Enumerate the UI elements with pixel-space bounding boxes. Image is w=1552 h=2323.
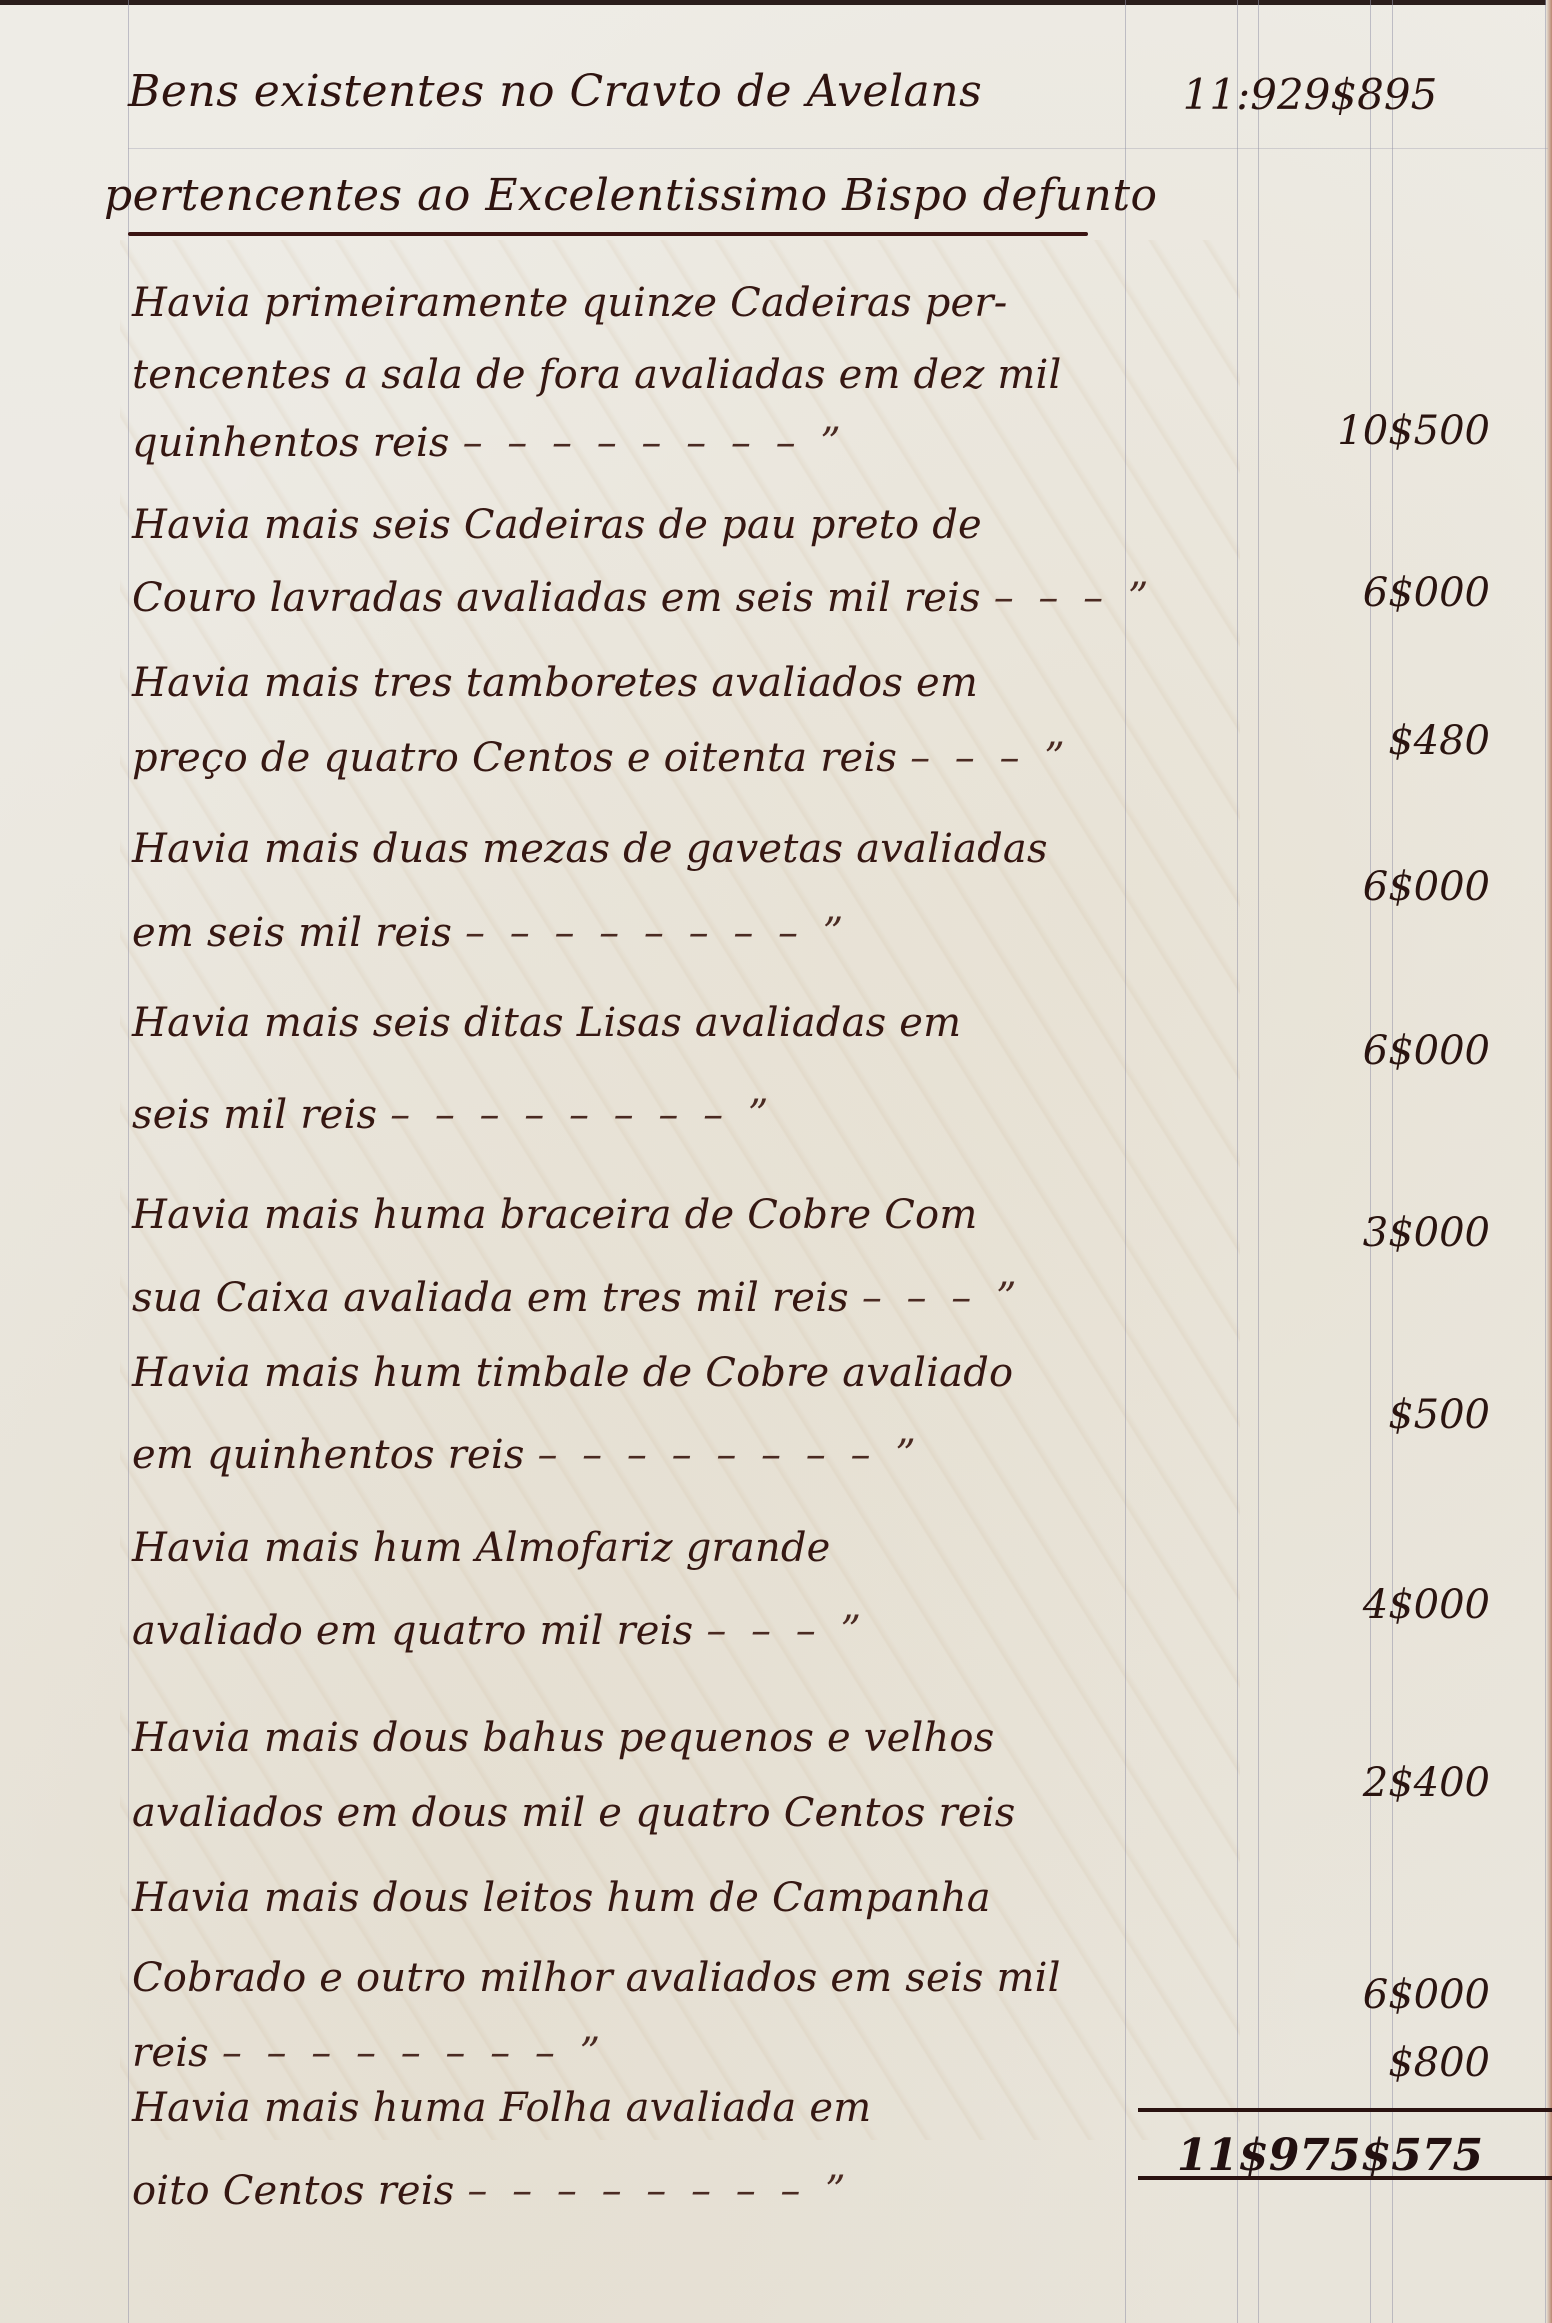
entry-5-line-2: seis mil reis – – – – – – – – ” (132, 1092, 774, 1138)
filler-dashes: – – – – – – – – ” (537, 1432, 921, 1478)
entry-8-line-2-text: avaliado em quatro mil reis (132, 1608, 693, 1654)
entry-5-amount: 6$000 (1230, 1028, 1490, 1074)
entry-8-line-1: Havia mais hum Almofariz grande (132, 1525, 831, 1571)
entry-4-line-1: Havia mais duas mezas de gavetas avaliad… (132, 826, 1048, 872)
entry-6-line-2-text: sua Caixa avaliada em tres mil reis (132, 1275, 849, 1321)
page-top-edge (0, 0, 1552, 5)
entry-2-line-2: Couro lavradas avaliadas em seis mil rei… (132, 575, 1154, 621)
filler-dashes: – – – – – – – – ” (465, 910, 849, 956)
entry-7-line-1: Havia mais hum timbale de Cobre avaliado (132, 1350, 1013, 1396)
entry-7-line-2: em quinhentos reis – – – – – – – – ” (132, 1432, 922, 1478)
entry-4-line-2-text: em seis mil reis (132, 910, 452, 956)
entry-3-line-2-text: preço de quatro Centos e oitenta reis (132, 735, 897, 781)
entry-2-amount: 6$000 (1230, 570, 1490, 616)
entry-1-line-1: Havia primeiramente quinze Cadeiras per- (132, 280, 1007, 326)
entry-9-amount: 2$400 (1230, 1760, 1490, 1806)
entry-6-line-1: Havia mais huma braceira de Cobre Com (132, 1192, 977, 1238)
entry-11-line-2-text: oito Centos reis (132, 2168, 455, 2214)
page-right-edge (1546, 0, 1552, 2323)
entry-11-line-2: oito Centos reis – – – – – – – – ” (132, 2168, 852, 2214)
entry-10-line-3: reis – – – – – – – – ” (132, 2030, 606, 2076)
heading-line-1: Bens existentes no Cravto de Avelans (128, 66, 982, 117)
entry-11-amount: $800 (1230, 2040, 1490, 2086)
entry-3-amount: $480 (1230, 718, 1490, 764)
filler-dashes: – – – – – – – – ” (467, 2168, 851, 2214)
column-rule (1125, 0, 1126, 2323)
carried-forward-amount: 11:929$895 (1140, 70, 1480, 119)
entry-2-line-1: Havia mais seis Cadeiras de pau preto de (132, 502, 982, 548)
filler-dashes: – – – – – – – – ” (390, 1092, 774, 1138)
entry-10-line-3-text: reis (132, 2030, 209, 2076)
entry-10-line-1: Havia mais dous leitos hum de Campanha (132, 1875, 991, 1921)
entry-8-line-2: avaliado em quatro mil reis – – – ” (132, 1608, 867, 1654)
total-rule-top (1138, 2108, 1552, 2112)
ruled-line (128, 148, 1548, 149)
entry-4-amount: 6$000 (1230, 864, 1490, 910)
entry-1-line-3-text: quinhentos reis (132, 420, 450, 466)
entry-10-amount: 6$000 (1230, 1972, 1490, 2018)
entry-7-amount: $500 (1230, 1392, 1490, 1438)
entry-11-line-1: Havia mais huma Folha avaliada em (132, 2085, 871, 2131)
entry-9-line-1: Havia mais dous bahus pequenos e velhos (132, 1715, 994, 1761)
filler-dashes: – – – ” (862, 1275, 1023, 1321)
filler-dashes: – – – ” (994, 575, 1155, 621)
entry-1-line-3: quinhentos reis – – – – – – – – ” (132, 420, 847, 466)
entry-4-line-2: em seis mil reis – – – – – – – – ” (132, 910, 849, 956)
entry-6-amount: 3$000 (1230, 1210, 1490, 1256)
entry-6-line-2: sua Caixa avaliada em tres mil reis – – … (132, 1275, 1022, 1321)
heading-underline (128, 232, 1088, 236)
filler-dashes: – – – ” (706, 1608, 867, 1654)
filler-dashes: – – – ” (910, 735, 1071, 781)
ledger-page: Bens existentes no Cravto de Avelans per… (0, 0, 1552, 2323)
entry-7-line-2-text: em quinhentos reis (132, 1432, 525, 1478)
entry-10-line-2: Cobrado e outro milhor avaliados em seis… (132, 1955, 1061, 2001)
entry-5-line-1: Havia mais seis ditas Lisas avaliadas em (132, 1000, 961, 1046)
entry-1-line-2: tencentes a sala de fora avaliadas em de… (132, 352, 1062, 398)
margin-rule (128, 0, 129, 2323)
filler-dashes: – – – – – – – – ” (463, 420, 847, 466)
total-rule-bottom (1138, 2176, 1552, 2180)
entry-8-amount: 4$000 (1230, 1582, 1490, 1628)
entry-3-line-1: Havia mais tres tamboretes avaliados em (132, 660, 978, 706)
page-total-amount: 11$975$575 (1160, 2130, 1500, 2181)
entry-3-line-2: preço de quatro Centos e oitenta reis – … (132, 735, 1071, 781)
entry-5-line-2-text: seis mil reis (132, 1092, 377, 1138)
entry-9-line-2: avaliados em dous mil e quatro Centos re… (132, 1790, 1015, 1836)
entry-1-amount: 10$500 (1230, 408, 1490, 454)
heading-line-2: pertencentes ao Excelentissimo Bispo def… (104, 170, 1158, 221)
filler-dashes: – – – – – – – – ” (222, 2030, 606, 2076)
entry-2-line-2-text: Couro lavradas avaliadas em seis mil rei… (132, 575, 981, 621)
column-rule (1545, 0, 1546, 2323)
